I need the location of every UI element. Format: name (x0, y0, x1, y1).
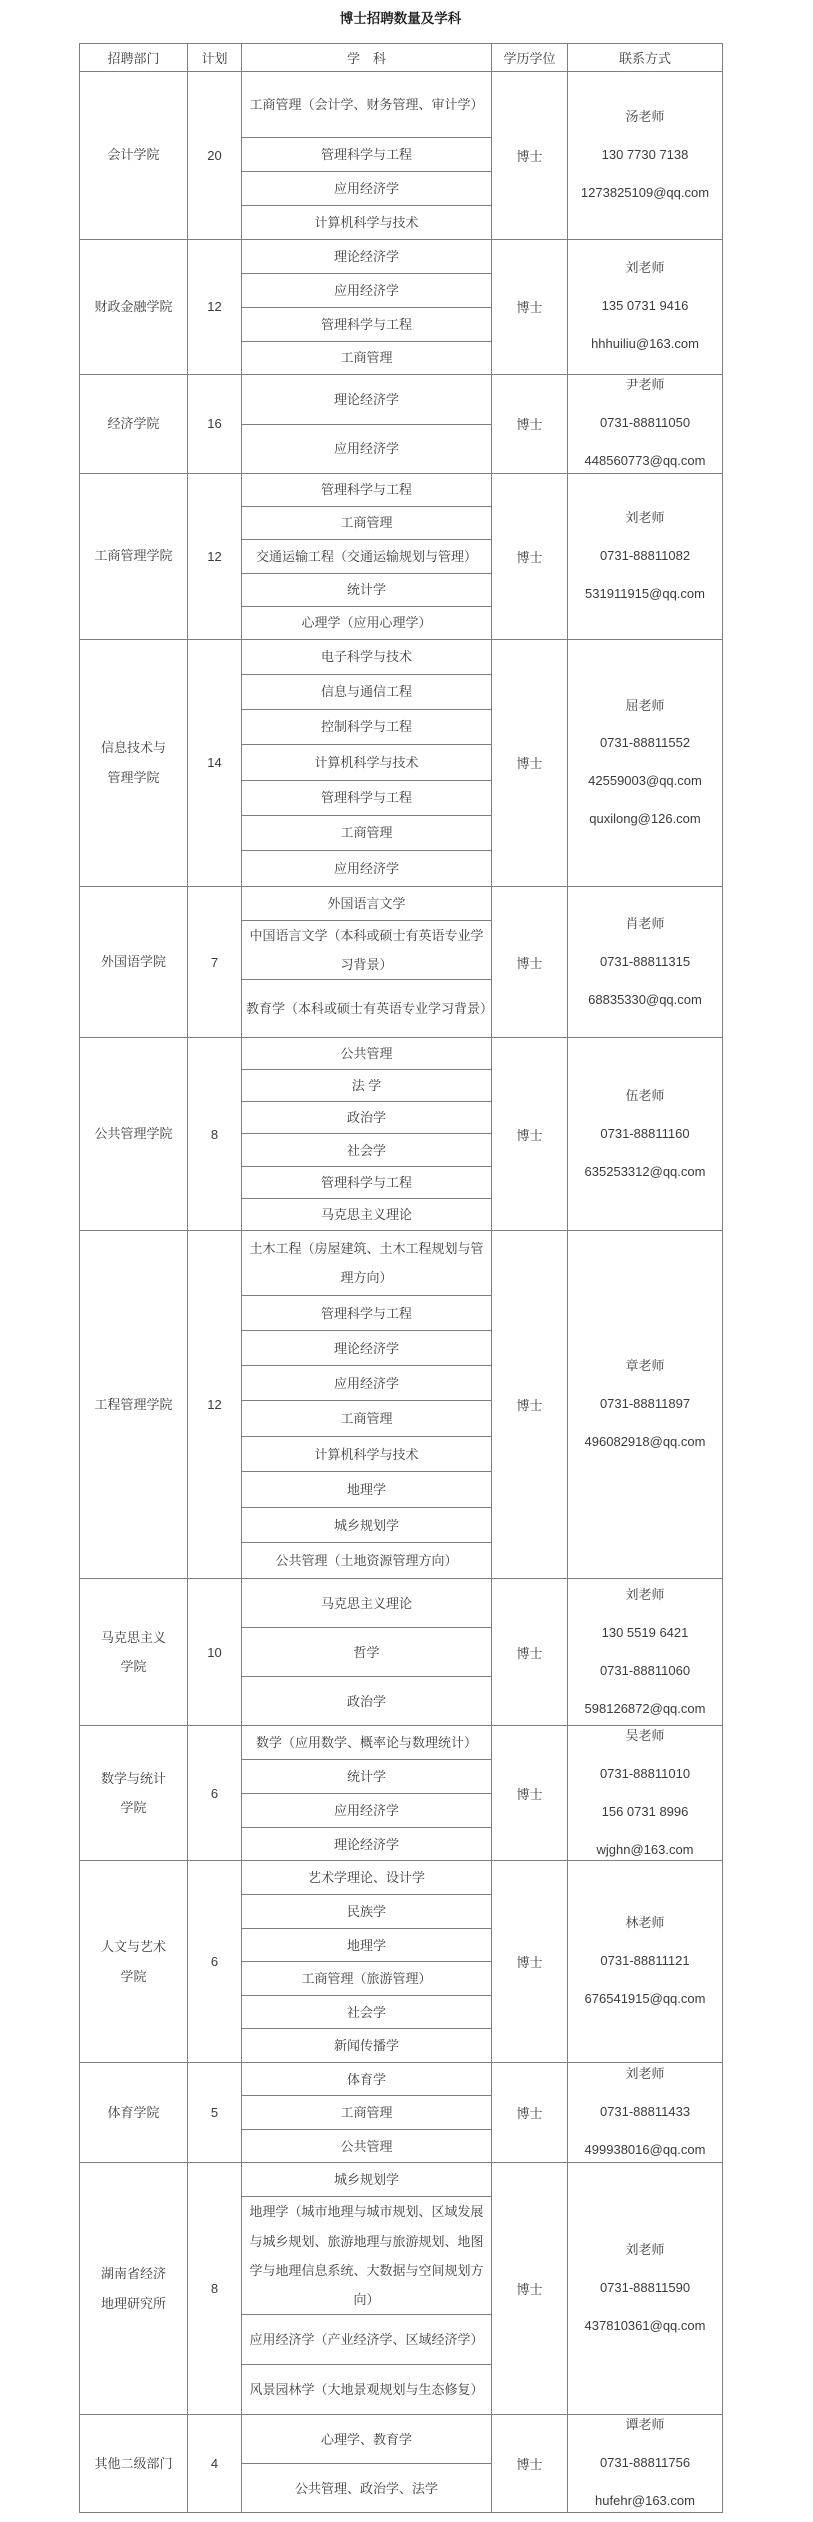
department-cell: 外国语学院 (80, 886, 188, 1038)
discipline-cell: 心理学（应用心理学） (242, 606, 492, 639)
discipline-cell: 管理科学与工程 (242, 137, 492, 171)
discipline-cell: 地理学（城市地理与城市规划、区域发展与城乡规划、旅游地理与旅游规划、地图学与地理… (242, 2197, 492, 2315)
table-row: 数学与统计 学院6数学（应用数学、概率论与数理统计）博士吴老师0731-8881… (80, 1726, 723, 1760)
contact-line: 676541915@qq.com (585, 1992, 706, 2007)
discipline-cell: 政治学 (242, 1677, 492, 1726)
department-cell: 数学与统计 学院 (80, 1726, 188, 1861)
contact-line: 0731-88811121 (600, 1954, 689, 1969)
contact-lines: 林老师0731-88811121676541915@qq.com (572, 1916, 718, 2007)
discipline-cell: 统计学 (242, 573, 492, 606)
table-row: 体育学院5体育学博士刘老师0731-88811433499938016@qq.c… (80, 2063, 723, 2096)
plan-cell: 7 (188, 886, 242, 1038)
discipline-cell: 哲学 (242, 1628, 492, 1677)
department-cell: 财政金融学院 (80, 239, 188, 374)
contact-line: 章老师 (625, 1359, 664, 1374)
department-cell: 体育学院 (80, 2063, 188, 2163)
discipline-cell: 应用经济学 (242, 424, 492, 473)
column-header-plan: 计划 (188, 43, 242, 71)
degree-cell: 博士 (492, 239, 568, 374)
discipline-cell: 数学（应用数学、概率论与数理统计） (242, 1726, 492, 1760)
page-title: 博士招聘数量及学科 (79, 10, 722, 29)
department-cell: 经济学院 (80, 374, 188, 473)
department-cell: 信息技术与 管理学院 (80, 639, 188, 886)
table-body: 会计学院20工商管理（会计学、财务管理、审计学）博士汤老师130 7730 71… (80, 71, 723, 2513)
plan-cell: 6 (188, 1726, 242, 1861)
discipline-cell: 城乡规划学 (242, 2163, 492, 2197)
contact-cell: 吴老师0731-88811010156 0731 8996wjghn@163.c… (568, 1726, 723, 1861)
contact-line: 肖老师 (625, 917, 664, 932)
plan-cell: 8 (188, 2163, 242, 2415)
contact-lines: 谭老师0731-88811756hufehr@163.com (572, 2418, 718, 2509)
contact-line: 林老师 (625, 1916, 664, 1931)
contact-cell: 肖老师0731-8881131568835330@qq.com (568, 886, 723, 1038)
contact-line: 0731-88811050 (600, 416, 690, 431)
table-row: 财政金融学院12理论经济学博士刘老师135 0731 9416hhhuiliu@… (80, 239, 723, 273)
table-row: 湖南省经济 地理研究所8城乡规划学博士刘老师0731-8881159043781… (80, 2163, 723, 2197)
discipline-cell: 公共管理（土地资源管理方向） (242, 1543, 492, 1579)
contact-line: 448560773@qq.com (585, 454, 706, 469)
contact-line: 0731-88811160 (600, 1127, 689, 1142)
contact-line: 刘老师 (625, 2243, 664, 2258)
department-cell: 人文与艺术 学院 (80, 1861, 188, 2063)
plan-cell: 12 (188, 239, 242, 374)
table-row: 其他二级部门4心理学、教育学博士谭老师0731-88811756hufehr@1… (80, 2415, 723, 2464)
contact-cell: 刘老师130 5519 64210731-88811060598126872@q… (568, 1579, 723, 1726)
contact-line: 0731-88811060 (600, 1664, 690, 1679)
discipline-cell: 管理科学与工程 (242, 307, 492, 341)
discipline-cell: 工商管理 (242, 815, 492, 850)
contact-line: 437810361@qq.com (585, 2319, 706, 2334)
contact-line: hhhuiliu@163.com (591, 337, 699, 352)
contact-cell: 谭老师0731-88811756hufehr@163.com (568, 2415, 723, 2513)
contact-lines: 章老师0731-88811897496082918@qq.com (572, 1359, 718, 1450)
plan-cell: 6 (188, 1861, 242, 2063)
discipline-cell: 政治学 (242, 1102, 492, 1134)
degree-cell: 博士 (492, 1726, 568, 1861)
discipline-cell: 理论经济学 (242, 374, 492, 424)
degree-cell: 博士 (492, 1579, 568, 1726)
discipline-cell: 计算机科学与技术 (242, 205, 492, 239)
contact-cell: 屈老师0731-8881155242559003@qq.comquxilong@… (568, 639, 723, 886)
table-row: 公共管理学院8公共管理博士伍老师0731-88811160635253312@q… (80, 1038, 723, 1070)
contact-line: 0731-88811433 (600, 2105, 690, 2120)
degree-cell: 博士 (492, 1038, 568, 1231)
plan-cell: 12 (188, 1231, 242, 1579)
discipline-cell: 工商管理（旅游管理） (242, 1962, 492, 1996)
contact-line: 屈老师 (625, 699, 664, 714)
contact-line: 尹老师 (625, 378, 664, 393)
contact-lines: 屈老师0731-8881155242559003@qq.comquxilong@… (572, 699, 718, 828)
discipline-cell: 电子科学与技术 (242, 639, 492, 674)
discipline-cell: 理论经济学 (242, 239, 492, 273)
contact-line: 130 5519 6421 (602, 1626, 689, 1641)
contact-line: 156 0731 8996 (602, 1805, 689, 1820)
contact-line: 吴老师 (625, 1729, 664, 1744)
contact-line: 刘老师 (625, 2067, 664, 2082)
degree-cell: 博士 (492, 2415, 568, 2513)
contact-cell: 章老师0731-88811897496082918@qq.com (568, 1231, 723, 1579)
table-row: 人文与艺术 学院6艺术学理论、设计学博士林老师0731-888111216765… (80, 1861, 723, 1895)
discipline-cell: 计算机科学与技术 (242, 1437, 492, 1472)
contact-cell: 尹老师0731-88811050448560773@qq.com (568, 374, 723, 473)
contact-line: 刘老师 (625, 261, 664, 276)
table-row: 外国语学院7外国语言文学博士肖老师0731-8881131568835330@q… (80, 886, 723, 920)
contact-line: wjghn@163.com (596, 1843, 693, 1858)
discipline-cell: 公共管理 (242, 2130, 492, 2163)
column-header-discipline: 学 科 (242, 43, 492, 71)
contact-lines: 肖老师0731-8881131568835330@qq.com (572, 917, 718, 1008)
discipline-cell: 地理学 (242, 1929, 492, 1962)
contact-lines: 刘老师0731-88811433499938016@qq.com (572, 2067, 718, 2158)
contact-lines: 伍老师0731-88811160635253312@qq.com (572, 1089, 718, 1180)
contact-cell: 伍老师0731-88811160635253312@qq.com (568, 1038, 723, 1231)
degree-cell: 博士 (492, 886, 568, 1038)
discipline-cell: 体育学 (242, 2063, 492, 2096)
contact-line: 0731-88811756 (600, 2456, 690, 2471)
contact-cell: 刘老师0731-88811590437810361@qq.com (568, 2163, 723, 2415)
plan-cell: 10 (188, 1579, 242, 1726)
discipline-cell: 公共管理 (242, 1038, 492, 1070)
contact-line: hufehr@163.com (595, 2494, 695, 2509)
discipline-cell: 管理科学与工程 (242, 473, 492, 506)
discipline-cell: 信息与通信工程 (242, 674, 492, 709)
department-cell: 其他二级部门 (80, 2415, 188, 2513)
discipline-cell: 风景园林学（大地景观规划与生态修复） (242, 2365, 492, 2415)
discipline-cell: 法 学 (242, 1070, 492, 1102)
department-cell: 工程管理学院 (80, 1231, 188, 1579)
contact-line: 496082918@qq.com (585, 1435, 706, 1450)
plan-cell: 14 (188, 639, 242, 886)
discipline-cell: 工商管理 (242, 2096, 492, 2130)
discipline-cell: 教育学（本科或硕士有英语专业学习背景） (242, 980, 492, 1038)
contact-cell: 刘老师0731-88811082531911915@qq.com (568, 473, 723, 639)
contact-line: 谭老师 (625, 2418, 664, 2433)
degree-cell: 博士 (492, 374, 568, 473)
department-cell: 工商管理学院 (80, 473, 188, 639)
discipline-cell: 应用经济学 (242, 1794, 492, 1828)
department-cell: 公共管理学院 (80, 1038, 188, 1231)
degree-cell: 博士 (492, 1861, 568, 2063)
discipline-cell: 管理科学与工程 (242, 780, 492, 815)
column-header-contact: 联系方式 (568, 43, 723, 71)
contact-cell: 刘老师0731-88811433499938016@qq.com (568, 2063, 723, 2163)
department-cell: 马克思主义 学院 (80, 1579, 188, 1726)
column-header-department: 招聘部门 (80, 43, 188, 71)
discipline-cell: 应用经济学 (242, 273, 492, 307)
contact-line: 0731-88811082 (600, 549, 690, 564)
table-row: 马克思主义 学院10马克思主义理论博士刘老师130 5519 64210731-… (80, 1579, 723, 1628)
contact-line: 0731-88811010 (600, 1767, 690, 1782)
contact-lines: 刘老师130 5519 64210731-88811060598126872@q… (572, 1588, 718, 1717)
discipline-cell: 中国语言文学（本科或硕士有英语专业学习背景） (242, 920, 492, 980)
contact-line: 0731-88811897 (600, 1397, 690, 1412)
discipline-cell: 工商管理（会计学、财务管理、审计学） (242, 71, 492, 137)
contact-line: 刘老师 (625, 511, 664, 526)
discipline-cell: 交通运输工程（交通运输规划与管理） (242, 539, 492, 573)
contact-line: 0731-88811590 (600, 2281, 690, 2296)
contact-line: 68835330@qq.com (588, 993, 702, 1008)
contact-lines: 尹老师0731-88811050448560773@qq.com (572, 378, 718, 469)
discipline-cell: 心理学、教育学 (242, 2415, 492, 2464)
discipline-cell: 工商管理 (242, 1401, 492, 1437)
plan-cell: 5 (188, 2063, 242, 2163)
discipline-cell: 社会学 (242, 1996, 492, 2029)
contact-cell: 汤老师130 7730 71381273825109@qq.com (568, 71, 723, 239)
contact-line: 135 0731 9416 (602, 299, 689, 314)
discipline-cell: 控制科学与工程 (242, 709, 492, 744)
discipline-cell: 马克思主义理论 (242, 1199, 492, 1231)
table-row: 工程管理学院12土木工程（房屋建筑、土木工程规划与管理方向）博士章老师0731-… (80, 1231, 723, 1296)
degree-cell: 博士 (492, 2063, 568, 2163)
discipline-cell: 地理学 (242, 1472, 492, 1508)
contact-line: 汤老师 (625, 110, 664, 125)
column-header-degree: 学历学位 (492, 43, 568, 71)
table-row: 会计学院20工商管理（会计学、财务管理、审计学）博士汤老师130 7730 71… (80, 71, 723, 137)
discipline-cell: 工商管理 (242, 341, 492, 374)
discipline-cell: 理论经济学 (242, 1331, 492, 1366)
degree-cell: 博士 (492, 71, 568, 239)
table-row: 经济学院16理论经济学博士尹老师0731-88811050448560773@q… (80, 374, 723, 424)
discipline-cell: 应用经济学（产业经济学、区域经济学） (242, 2315, 492, 2365)
discipline-cell: 计算机科学与技术 (242, 744, 492, 780)
contact-lines: 吴老师0731-88811010156 0731 8996wjghn@163.c… (572, 1729, 718, 1858)
contact-line: 130 7730 7138 (602, 148, 689, 163)
discipline-cell: 管理科学与工程 (242, 1167, 492, 1199)
header-row: 招聘部门 计划 学 科 学历学位 联系方式 (80, 43, 723, 71)
department-cell: 湖南省经济 地理研究所 (80, 2163, 188, 2415)
contact-lines: 刘老师0731-88811082531911915@qq.com (572, 511, 718, 602)
discipline-cell: 外国语言文学 (242, 886, 492, 920)
plan-cell: 20 (188, 71, 242, 239)
discipline-cell: 城乡规划学 (242, 1508, 492, 1543)
contact-cell: 林老师0731-88811121676541915@qq.com (568, 1861, 723, 2063)
contact-line: 0731-88811315 (600, 955, 690, 970)
discipline-cell: 应用经济学 (242, 850, 492, 886)
plan-cell: 4 (188, 2415, 242, 2513)
degree-cell: 博士 (492, 473, 568, 639)
contact-lines: 刘老师135 0731 9416hhhuiliu@163.com (572, 261, 718, 352)
contact-line: 0731-88811552 (600, 736, 690, 751)
degree-cell: 博士 (492, 639, 568, 886)
contact-cell: 刘老师135 0731 9416hhhuiliu@163.com (568, 239, 723, 374)
contact-line: 499938016@qq.com (585, 2143, 706, 2158)
department-cell: 会计学院 (80, 71, 188, 239)
discipline-cell: 统计学 (242, 1760, 492, 1794)
discipline-cell: 民族学 (242, 1895, 492, 1929)
plan-cell: 8 (188, 1038, 242, 1231)
table-row: 工商管理学院12管理科学与工程博士刘老师0731-888110825319119… (80, 473, 723, 506)
contact-lines: 汤老师130 7730 71381273825109@qq.com (572, 110, 718, 201)
discipline-cell: 管理科学与工程 (242, 1296, 492, 1331)
contact-line: 635253312@qq.com (585, 1165, 706, 1180)
discipline-cell: 马克思主义理论 (242, 1579, 492, 1628)
contact-line: 531911915@qq.com (585, 587, 705, 602)
contact-lines: 刘老师0731-88811590437810361@qq.com (572, 2243, 718, 2334)
contact-line: 1273825109@qq.com (581, 186, 709, 201)
plan-cell: 16 (188, 374, 242, 473)
contact-line: 刘老师 (625, 1588, 664, 1603)
recruitment-table: 招聘部门 计划 学 科 学历学位 联系方式 会计学院20工商管理（会计学、财务管… (79, 43, 723, 2514)
contact-line: 598126872@qq.com (585, 1702, 706, 1717)
degree-cell: 博士 (492, 2163, 568, 2415)
discipline-cell: 理论经济学 (242, 1828, 492, 1861)
discipline-cell: 公共管理、政治学、法学 (242, 2464, 492, 2513)
contact-line: 42559003@qq.com (588, 774, 702, 789)
discipline-cell: 土木工程（房屋建筑、土木工程规划与管理方向） (242, 1231, 492, 1296)
page: 博士招聘数量及学科 招聘部门 计划 学 科 学历学位 联系方式 会计学院20工商… (0, 0, 813, 2513)
discipline-cell: 应用经济学 (242, 171, 492, 205)
discipline-cell: 新闻传播学 (242, 2029, 492, 2063)
contact-line: 伍老师 (625, 1089, 664, 1104)
plan-cell: 12 (188, 473, 242, 639)
discipline-cell: 应用经济学 (242, 1366, 492, 1401)
table-row: 信息技术与 管理学院14电子科学与技术博士屈老师0731-88811552425… (80, 639, 723, 674)
discipline-cell: 工商管理 (242, 506, 492, 539)
degree-cell: 博士 (492, 1231, 568, 1579)
discipline-cell: 社会学 (242, 1134, 492, 1167)
contact-line: quxilong@126.com (589, 812, 700, 827)
discipline-cell: 艺术学理论、设计学 (242, 1861, 492, 1895)
